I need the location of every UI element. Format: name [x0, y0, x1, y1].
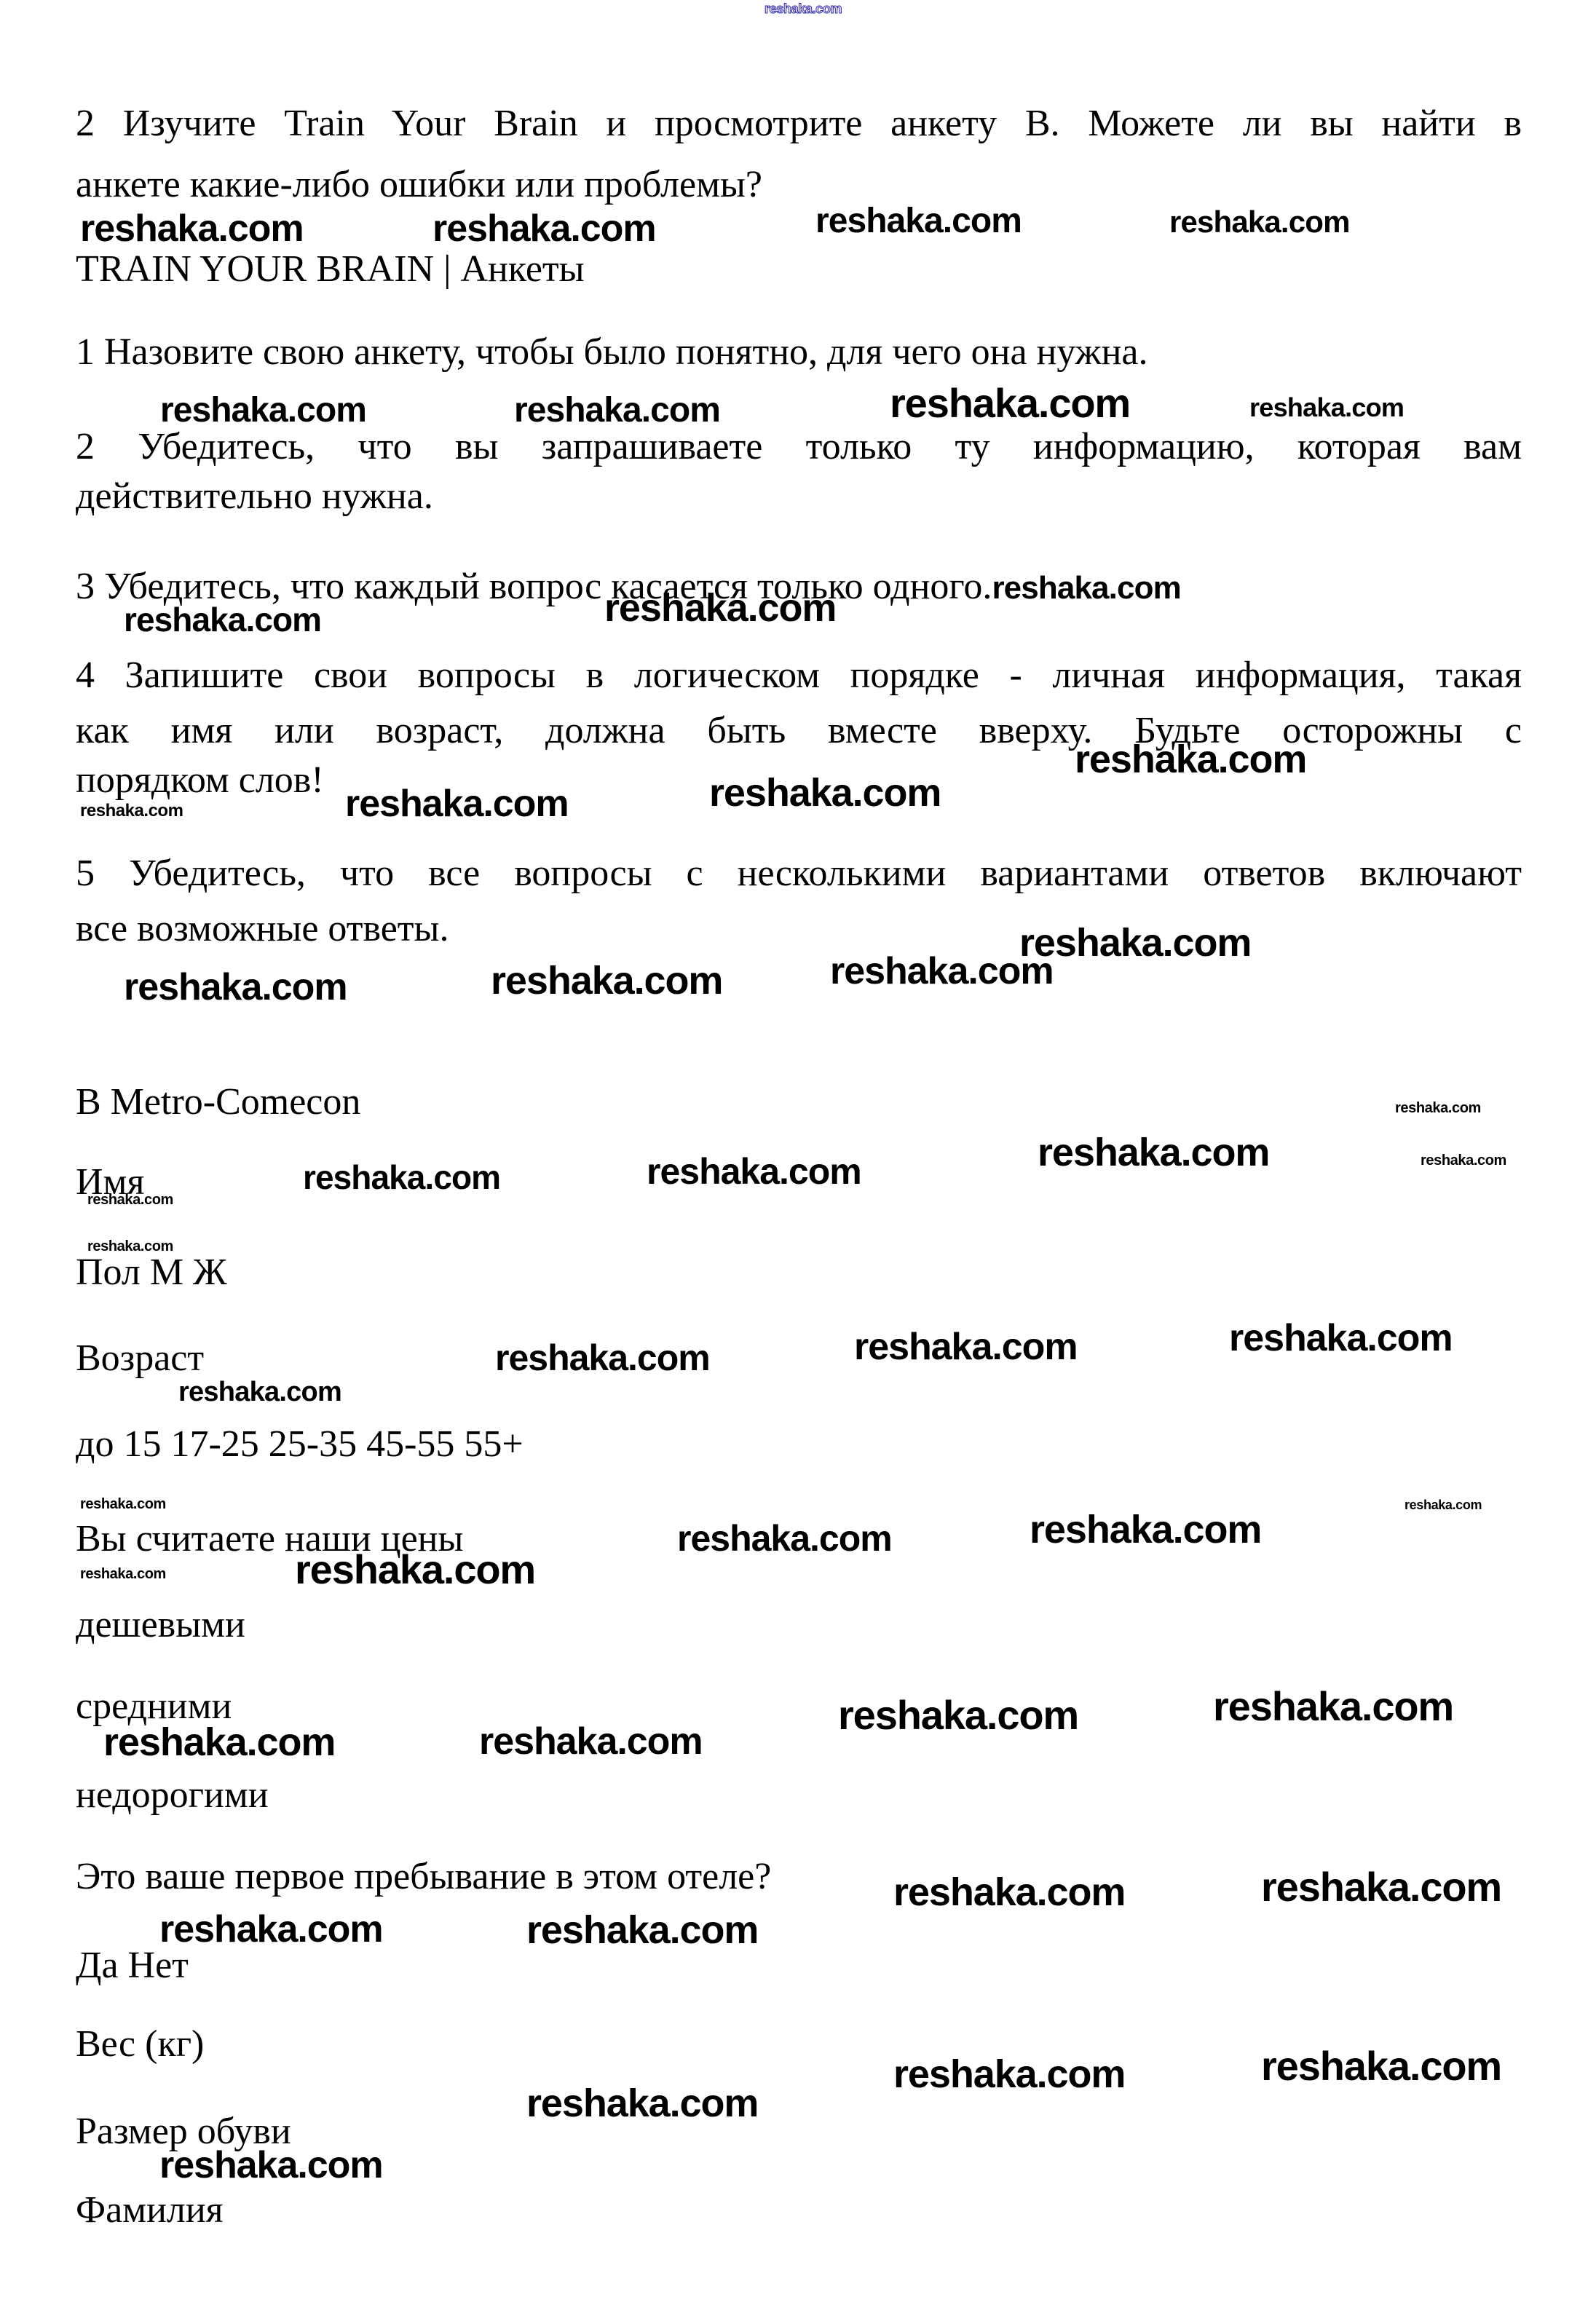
- watermark: reshaka.com: [295, 1549, 535, 1590]
- price-option-inexpensive: недорогими: [76, 1775, 269, 1816]
- watermark: reshaka.com: [992, 570, 1180, 606]
- watermark: reshaka.com: [1421, 1153, 1506, 1168]
- task-instruction-line-1: 2 Изучите Train Your Brain и просмотрите…: [76, 103, 1522, 144]
- task-instruction-line-2: анкете какие-либо ошибки или проблемы?: [76, 165, 762, 205]
- watermark: reshaka.com: [1169, 207, 1350, 237]
- watermark: reshaka.com: [495, 1340, 710, 1376]
- watermark: reshaka.com: [80, 210, 304, 248]
- watermark: reshaka.com: [526, 2084, 758, 2123]
- watermark: reshaka.com: [1249, 395, 1404, 421]
- watermark: reshaka.com: [1030, 1510, 1261, 1549]
- watermark: reshaka.com: [815, 204, 1022, 239]
- watermark: reshaka.com: [345, 785, 569, 823]
- watermark: reshaka.com: [80, 802, 183, 820]
- watermark: reshaka.com: [890, 383, 1130, 424]
- watermark: reshaka.com: [103, 1723, 335, 1762]
- watermark: reshaka.com: [1261, 1867, 1501, 1907]
- watermark: reshaka.com: [303, 1161, 500, 1194]
- gender-label: Пол М Ж: [76, 1252, 227, 1293]
- watermark: reshaka.com: [479, 1723, 703, 1760]
- tip-5-line-1: 5 Убедитесь, что все вопросы с нескольки…: [76, 853, 1522, 894]
- watermark: reshaka.com: [178, 1378, 341, 1406]
- tip-2-line-1: 2 Убедитесь, что вы запрашиваете только …: [76, 427, 1522, 467]
- watermark: reshaka.com: [709, 773, 941, 813]
- watermark: reshaka.com: [159, 2146, 383, 2184]
- watermark: reshaka.com: [80, 1497, 166, 1511]
- watermark: reshaka.com: [893, 1873, 1125, 1912]
- watermark: reshaka.com: [854, 1328, 1078, 1366]
- watermark: reshaka.com: [765, 2, 842, 15]
- train-your-brain-heading: TRAIN YOUR BRAIN | Анкеты: [76, 249, 585, 290]
- watermark: reshaka.com: [432, 210, 656, 248]
- watermark: reshaka.com: [1213, 1686, 1453, 1727]
- document-page: reshaka.com 2 Изучите Train Your Brain и…: [0, 0, 1596, 2305]
- watermark: reshaka.com: [1038, 1133, 1269, 1172]
- watermark: reshaka.com: [1405, 1498, 1482, 1511]
- watermark: reshaka.com: [160, 393, 366, 428]
- tip-2-line-2: действительно нужна.: [76, 476, 433, 517]
- tip-1: 1 Назовите свою анкету, чтобы было понят…: [76, 332, 1148, 373]
- watermark: reshaka.com: [677, 1520, 892, 1557]
- watermark: reshaka.com: [87, 1193, 173, 1207]
- age-options: до 15 17-25 25-35 45-55 55+: [76, 1424, 524, 1465]
- watermark: reshaka.com: [80, 1567, 166, 1581]
- weight-label: Вес (кг): [76, 2024, 204, 2065]
- watermark: reshaka.com: [893, 2055, 1125, 2094]
- watermark: reshaka.com: [647, 1153, 861, 1190]
- watermark: reshaka.com: [1019, 923, 1251, 962]
- watermark: reshaka.com: [1261, 2046, 1501, 2087]
- watermark: reshaka.com: [159, 1910, 383, 1948]
- tip-5-line-2: все возможные ответы.: [76, 909, 449, 949]
- first-stay-question: Это ваше первое пребывание в этом отеле?: [76, 1857, 771, 1897]
- age-label: Возраст: [76, 1338, 204, 1379]
- watermark: reshaka.com: [491, 961, 722, 1000]
- watermark: reshaka.com: [124, 968, 347, 1006]
- tip-4-line-1: 4 Запишите свои вопросы в логическом пор…: [76, 655, 1522, 696]
- watermark: reshaka.com: [514, 393, 720, 428]
- watermark: reshaka.com: [124, 603, 321, 636]
- watermark: reshaka.com: [1395, 1101, 1481, 1115]
- tip-4-line-3: порядком слов!: [76, 760, 324, 801]
- watermark: reshaka.com: [1075, 740, 1306, 779]
- first-stay-options: Да Нет: [76, 1945, 189, 1986]
- watermark: reshaka.com: [838, 1695, 1078, 1736]
- watermark: reshaka.com: [604, 588, 836, 628]
- watermark: reshaka.com: [526, 1910, 758, 1950]
- price-option-cheap: дешевыми: [76, 1605, 245, 1645]
- form-title: В Metro-Comecon: [76, 1082, 360, 1123]
- surname-label: Фамилия: [76, 2190, 224, 2231]
- watermark: reshaka.com: [1229, 1319, 1453, 1357]
